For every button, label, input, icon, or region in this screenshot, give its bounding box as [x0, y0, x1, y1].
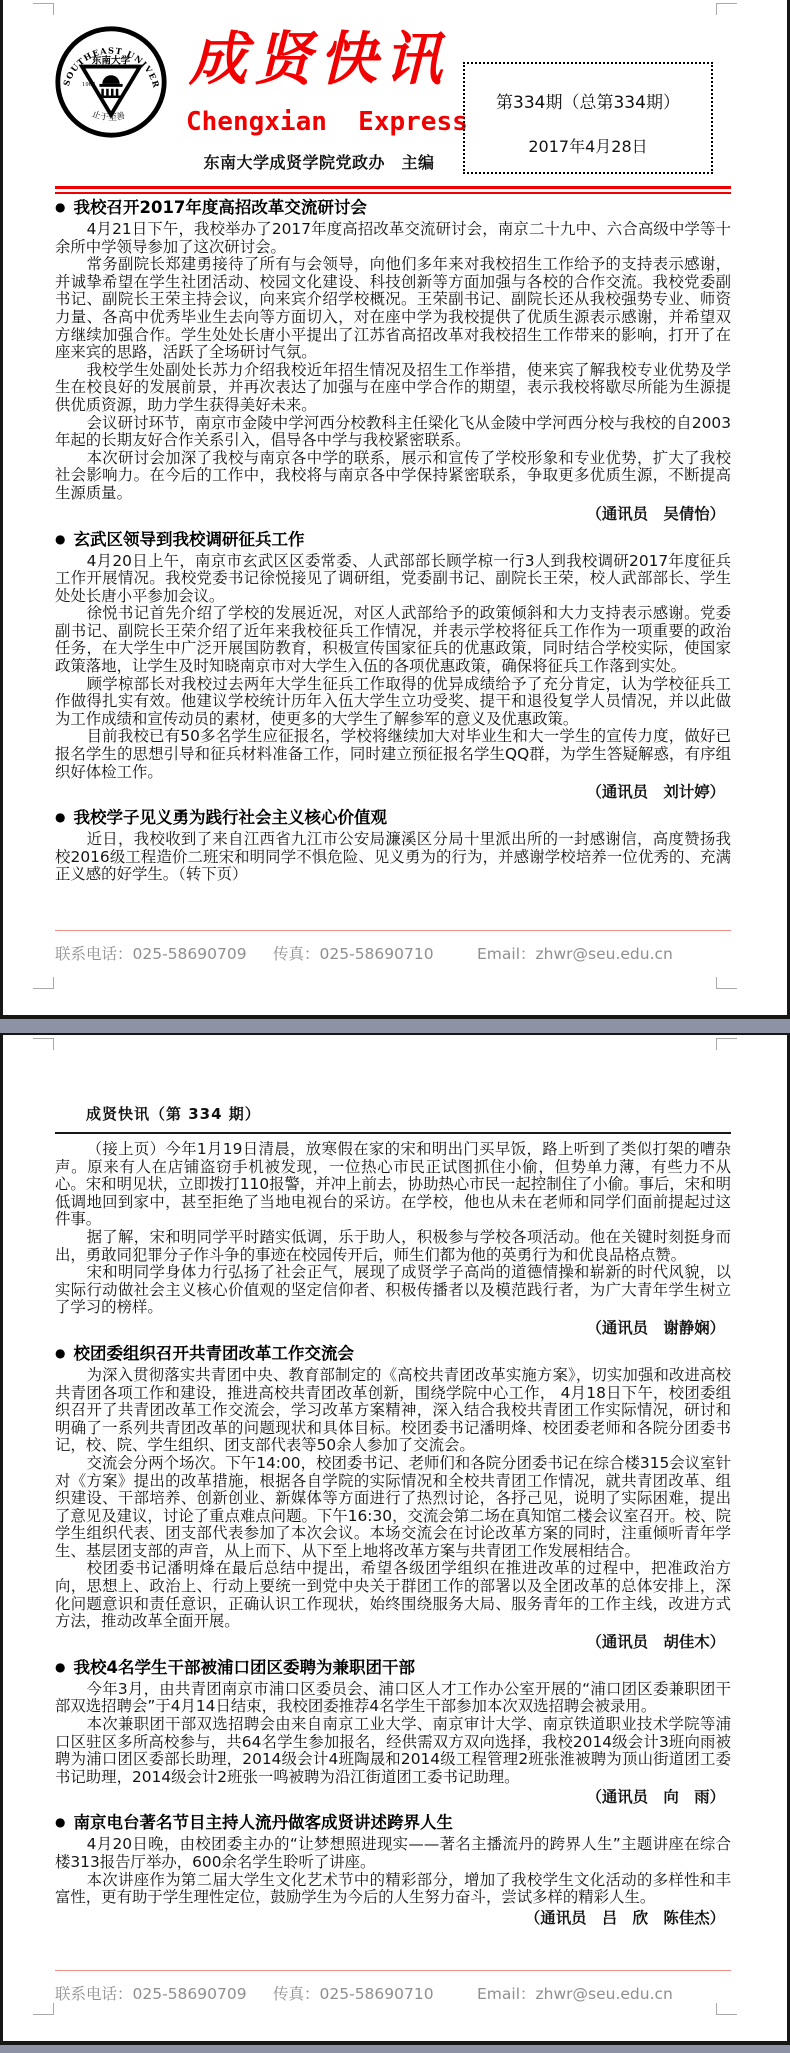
article-student-cadres-hired: ●我校4名学生干部被浦口团区委聘为兼职团干部 今年3月，由共青团南京市浦口区委员… [55, 1658, 731, 1808]
article-paragraph: 校团委书记潘明烽在最后总结中提出，希望各级团学组织在推进改革的过程中，把准政治方… [55, 1560, 731, 1630]
publisher-line: 东南大学成贤学院党政办 主编 [186, 150, 452, 173]
article-headline: ●我校4名学生干部被浦口团区委聘为兼职团干部 [55, 1658, 731, 1679]
fax-value: 025-58690710 [320, 945, 434, 963]
bullet-icon: ● [55, 532, 65, 546]
page-1: SOUTHEAST UNIVERSITY 东南大学 1902 止于至善 成贤快讯… [0, 0, 790, 1019]
article-xuanwu-conscription: ●玄武区领导到我校调研征兵工作 4月20日上午，南京市玄武区区委常委、人武部部长… [55, 530, 731, 803]
newsletter-title: 成贤快讯 [186, 12, 452, 106]
page-2: 成贤快讯（第 334 期） （接上页）今年1月19日清晨，放寒假在家的宋和明出门… [0, 1033, 790, 2045]
phone-value: 025-58690709 [133, 945, 247, 963]
byline: （通讯员 谢静娴） [55, 1318, 731, 1338]
phone-label: 联系电话： [55, 1985, 133, 2003]
page1-footer: 联系电话：025-58690709 传真：025-58690710 Email：… [55, 930, 731, 964]
margin-mark-bottom-left [33, 977, 54, 989]
seal-year: 1902 [82, 82, 95, 88]
article-paragraph: 本次兼职团干部双选招聘会由来自南京工业大学、南京审计大学、南京铁道职业技术学院等… [55, 1716, 731, 1786]
email-label: Email： [477, 945, 536, 963]
margin-mark-top-right [716, 3, 737, 15]
masthead-title-block: 成贤快讯 Chengxian Express 东南大学成贤学院党政办 主编 [186, 12, 452, 173]
article-paragraph: 顾学椋部长对我校过去两年大学生征兵工作取得的优异成绩给予了充分肯定，认为学校征兵… [55, 676, 731, 729]
margin-mark-bottom-left [33, 2003, 54, 2015]
contact-phone: 联系电话：025-58690709 [55, 942, 273, 964]
article-gaozhao-symposium: ●我校召开2017年度高招改革交流研讨会 4月21日下午，我校举办了2017年度… [55, 198, 731, 524]
phone-value: 025-58690709 [133, 1985, 247, 2003]
article-headline: ●校团委组织召开共青团改革工作交流会 [55, 1344, 731, 1365]
contact-phone: 联系电话：025-58690709 [55, 1982, 273, 2004]
article-paragraph: 常务副院长郑建勇接待了所有与会领导，向他们多年来对我校招生工作给予的支持表示感谢… [55, 256, 731, 362]
contact-row: 联系电话：025-58690709 传真：025-58690710 Email：… [55, 942, 731, 964]
newsletter-title-english: Chengxian Express [186, 106, 452, 139]
contact-email: Email：zhwr@seu.edu.cn [477, 1982, 673, 2004]
article-paragraph: 本次讲座作为第二届大学生文化艺术节中的精彩部分，增加了我校学生文化活动的多样性和… [55, 1872, 731, 1907]
double-red-rule [55, 186, 731, 194]
running-header-rule [55, 1132, 731, 1134]
bullet-icon: ● [55, 1346, 65, 1360]
issue-date: 2017年4月28日 [465, 134, 711, 157]
article-league-reform-meeting: ●校团委组织召开共青团改革工作交流会 为深入贯彻落实共青团中央、教育部制定的《高… [55, 1344, 731, 1652]
byline: （通讯员 刘计婷） [55, 782, 731, 802]
headline-text: 我校召开2017年度高招改革交流研讨会 [73, 198, 366, 217]
article-paragraph: （接上页）今年1月19日清晨，放寒假在家的宋和明出门买早饭，路上听到了类似打架的… [55, 1141, 731, 1229]
contact-row: 联系电话：025-58690709 传真：025-58690710 Email：… [55, 1982, 731, 2004]
article-headline: ●南京电台著名节目主持人流丹做客成贤讲述跨界人生 [55, 1813, 731, 1834]
running-header-title: 成贤快讯（第 334 期） [86, 1103, 731, 1124]
byline: （通讯员 胡佳木） [55, 1632, 731, 1652]
article-paragraph: 本次研讨会加深了我校与南京各中学的联系，展示和宣传了学校形象和专业优势，扩大了我… [55, 450, 731, 503]
email-value: zhwr@seu.edu.cn [536, 1985, 673, 2003]
article-paragraph: 4月20日晚，由校团委主办的“让梦想照进现实——著名主播流丹的跨界人生”主题讲座… [55, 1836, 731, 1871]
issue-number: 第334期（总第334期） [465, 88, 711, 113]
page2-content: （接上页）今年1月19日清晨，放寒假在家的宋和明出门买早饭，路上听到了类似打架的… [55, 1141, 731, 1928]
article-paragraph: 4月21日下午，我校举办了2017年度高招改革交流研讨会，南京二十九中、六合高级… [55, 221, 731, 256]
article-paragraph: 我校学生处副处长苏力介绍我校近年招生情况及招生工作举措，使来宾了解我校专业优势及… [55, 362, 731, 415]
contact-fax: 传真：025-58690710 [273, 1982, 477, 2004]
article-paragraph: 据了解，宋和明同学平时踏实低调，乐于助人，积极参与学校各项活动。他在关键时刻挺身… [55, 1229, 731, 1264]
email-label: Email： [477, 1985, 536, 2003]
article-student-bravery-continued: （接上页）今年1月19日清晨，放寒假在家的宋和明出门买早饭，路上听到了类似打架的… [55, 1141, 731, 1338]
contact-fax: 传真：025-58690710 [273, 942, 477, 964]
margin-mark-bottom-right [716, 2003, 737, 2015]
issue-info-box: 第334期（总第334期） 2017年4月28日 [463, 62, 713, 174]
university-seal-logo: SOUTHEAST UNIVERSITY 东南大学 1902 止于至善 [53, 24, 169, 140]
article-headline: ●我校召开2017年度高招改革交流研讨会 [55, 198, 731, 219]
article-paragraph: 宋和明同学身体力行弘扬了社会正气，展现了成贤学子高尚的道德情操和崭新的时代风貌，… [55, 1264, 731, 1317]
fax-label: 传真： [273, 945, 320, 963]
headline-text: 我校4名学生干部被浦口团区委聘为兼职团干部 [73, 1658, 414, 1677]
page1-content: ●我校召开2017年度高招改革交流研讨会 4月21日下午，我校举办了2017年度… [55, 198, 731, 884]
article-radio-host-lecture: ●南京电台著名节目主持人流丹做客成贤讲述跨界人生 4月20日晚，由校团委主办的“… [55, 1813, 731, 1927]
page2-footer: 联系电话：025-58690709 传真：025-58690710 Email：… [55, 1970, 731, 2004]
bullet-icon: ● [55, 200, 65, 214]
margin-mark-top-left [33, 1038, 54, 1050]
article-paragraph: 会议研讨环节，南京市金陵中学河西分校教科主任梁化飞从金陵中学河西分校与我校的自2… [55, 415, 731, 450]
article-paragraph: 近日，我校收到了来自江西省九江市公安局濂溪区分局十里派出所的一封感谢信，高度赞扬… [55, 831, 731, 884]
dome-building-icon [99, 75, 122, 98]
article-paragraph: 4月20日上午，南京市玄武区区委常委、人武部部长顾学椋一行3人到我校调研2017… [55, 553, 731, 606]
byline: （通讯员 向 雨） [55, 1787, 731, 1807]
headline-text: 南京电台著名节目主持人流丹做客成贤讲述跨界人生 [73, 1813, 453, 1832]
article-paragraph: 今年3月，由共青团南京市浦口区委员会、浦口区人才工作办公室开展的“浦口团区委兼职… [55, 1681, 731, 1716]
article-paragraph: 目前我校已有50多名学生应征报名，学校将继续加大对毕业生和大一学生的宣传力度，做… [55, 728, 731, 781]
phone-label: 联系电话： [55, 945, 133, 963]
bullet-icon: ● [55, 1660, 65, 1674]
fax-label: 传真： [273, 1985, 320, 2003]
bullet-icon: ● [55, 810, 65, 824]
fax-value: 025-58690710 [320, 1985, 434, 2003]
headline-text: 校团委组织召开共青团改革工作交流会 [73, 1344, 354, 1363]
headline-text: 我校学子见义勇为践行社会主义核心价值观 [73, 808, 387, 827]
page2-running-header: 成贤快讯（第 334 期） [55, 1103, 731, 1134]
margin-mark-bottom-right [716, 977, 737, 989]
article-paragraph: 交流会分两个场次。下午14:00，校团委书记、老师们和各院分团委书记在综合楼31… [55, 1455, 731, 1561]
article-paragraph: 为深入贯彻落实共青团中央、教育部制定的《高校共青团改革实施方案》，切实加强和改进… [55, 1367, 731, 1455]
article-headline: ●玄武区领导到我校调研征兵工作 [55, 530, 731, 551]
footer-rule [55, 1970, 731, 1971]
contact-email: Email：zhwr@seu.edu.cn [477, 942, 673, 964]
article-student-bravery: ●我校学子见义勇为践行社会主义核心价值观 近日，我校收到了来自江西省九江市公安局… [55, 808, 731, 884]
footer-rule [55, 930, 731, 931]
byline: （通讯员 吕 欣 陈佳杰） [55, 1908, 731, 1928]
article-headline: ●我校学子见义勇为践行社会主义核心价值观 [55, 808, 731, 829]
margin-mark-top-left [33, 3, 54, 15]
email-value: zhwr@seu.edu.cn [536, 945, 673, 963]
byline: （通讯员 吴倩怡） [55, 504, 731, 524]
article-paragraph: 徐悦书记首先介绍了学校的发展近况，对区人武部给予的政策倾斜和大力支持表示感谢。党… [55, 605, 731, 675]
bullet-icon: ● [55, 1815, 65, 1829]
margin-mark-top-right [716, 1038, 737, 1050]
headline-text: 玄武区领导到我校调研征兵工作 [73, 530, 304, 549]
